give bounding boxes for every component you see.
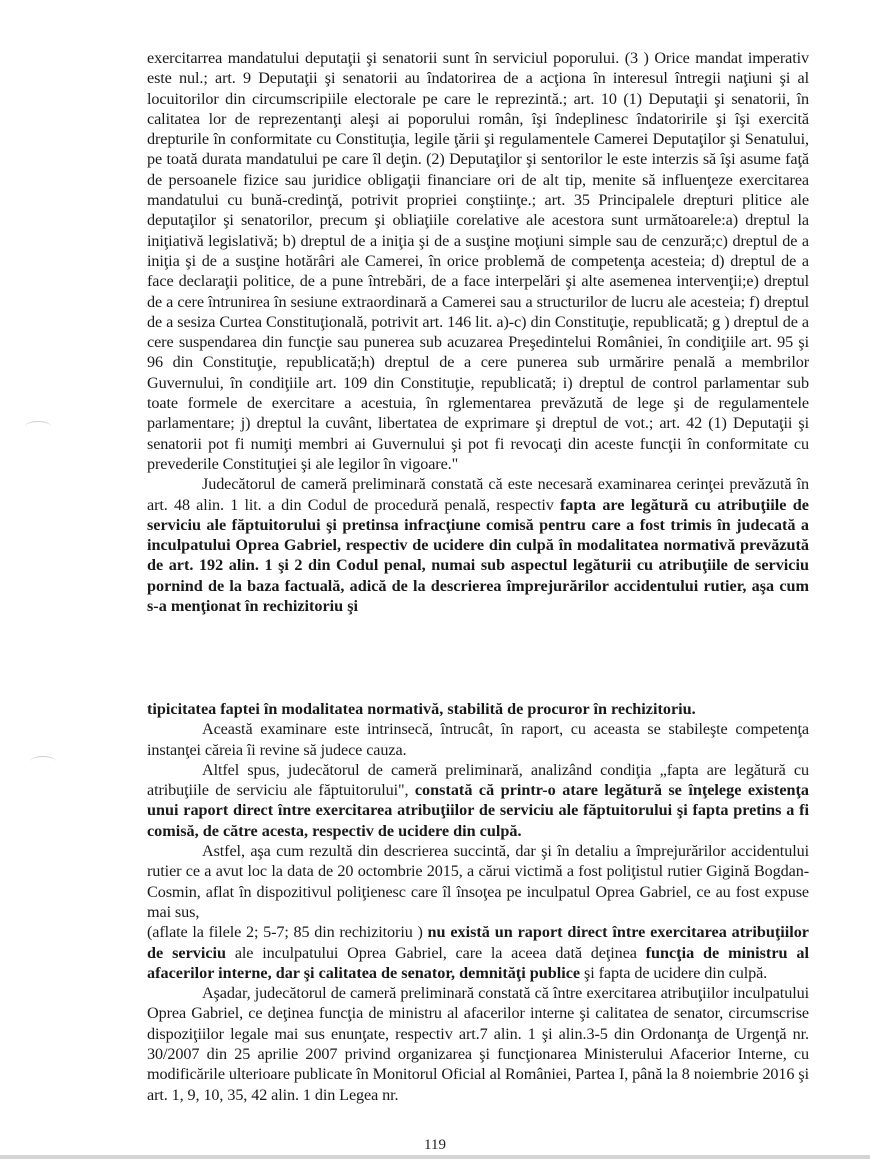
paragraph-accident: Astfel, aşa cum rezultă din descrierea s… — [147, 841, 809, 922]
page-bottom-border — [0, 1155, 870, 1159]
paragraph-law-quote: exercitarrea mandatului deputaţii şi sen… — [147, 48, 809, 474]
paragraph-conclusion: Aşadar, judecătorul de cameră preliminar… — [147, 983, 809, 1105]
page-number: 119 — [0, 1137, 870, 1154]
text-block-bottom: tipicitatea faptei în modalitatea normat… — [147, 699, 809, 1105]
document-page: exercitarrea mandatului deputaţii şi sen… — [0, 0, 870, 1159]
punch-hole-mark — [30, 756, 56, 767]
paragraph-otherwise: Altfel spus, judecătorul de cameră preli… — [147, 760, 809, 841]
paragraph-text: şi fapta de ucidere din culpă. — [580, 964, 767, 982]
paragraph-text: ale inculpatului Oprea Gabriel, care la … — [226, 944, 646, 962]
paragraph-text: (aflate la filele 2; 5-7; 85 din rechizi… — [147, 923, 428, 941]
paragraph-examination: Această examinare este intrinsecă, întru… — [147, 719, 809, 760]
paragraph-continuation-bold: tipicitatea faptei în modalitatea normat… — [147, 699, 809, 719]
punch-hole-mark — [25, 421, 51, 432]
text-block-top: exercitarrea mandatului deputaţii şi sen… — [147, 48, 809, 616]
paragraph-judge-finding: Judecătorul de cameră preliminară consta… — [147, 474, 809, 616]
paragraph-no-direct-link: (aflate la filele 2; 5-7; 85 din rechizi… — [147, 922, 809, 983]
